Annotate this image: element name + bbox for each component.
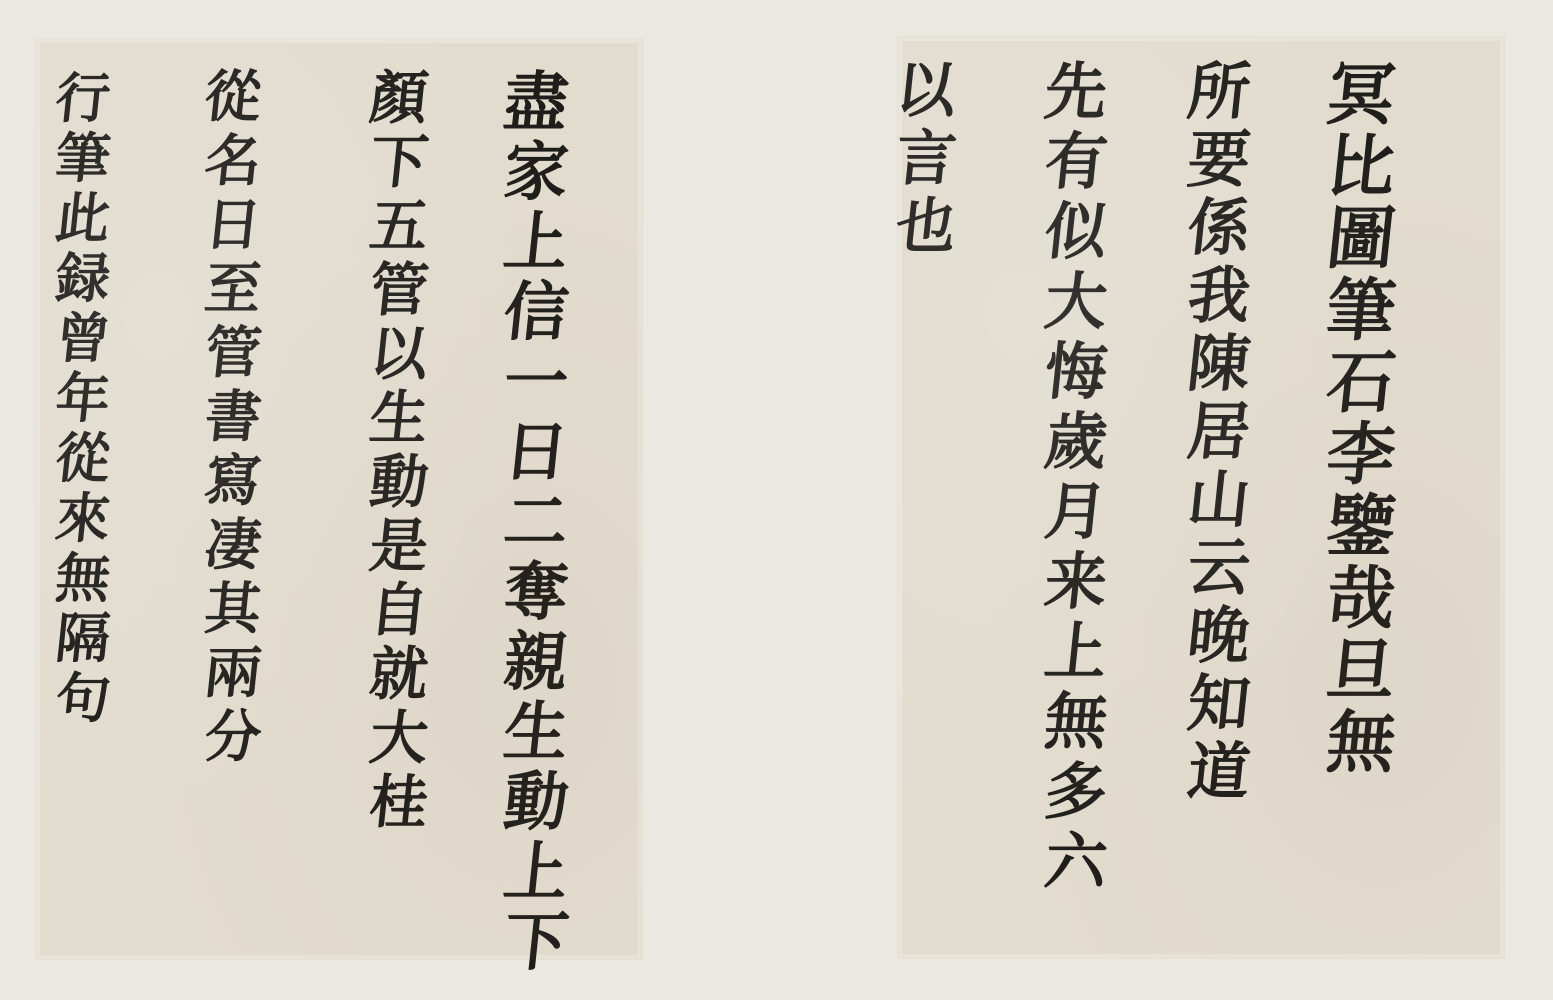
calligraphy-character: 係 [1185, 197, 1254, 259]
calligraphy-character: 要 [1185, 129, 1254, 191]
calligraphy-character: 似 [1042, 201, 1111, 263]
calligraphy-character: 此 [53, 191, 113, 245]
calligraphy-character: 來 [53, 491, 113, 545]
calligraphy-character: 圖 [1323, 205, 1398, 273]
calligraphy-character: 日 [202, 197, 264, 253]
calligraphy-character: 鑒 [1323, 493, 1398, 561]
calligraphy-column: 先有似大悔歲月来上無多六 [1045, 61, 1107, 901]
calligraphy-character: 年 [53, 371, 113, 425]
calligraphy-character: 言 [893, 129, 959, 189]
calligraphy-character: 以 [893, 61, 959, 121]
calligraphy-character: 顏 [367, 69, 431, 127]
calligraphy-character: 生 [501, 701, 572, 765]
calligraphy-character: 自 [367, 581, 431, 639]
calligraphy-character: 比 [1323, 133, 1398, 201]
calligraphy-character: 居 [1185, 401, 1254, 463]
calligraphy-character: 行 [53, 71, 113, 125]
calligraphy-column: 以言也 [896, 61, 956, 265]
calligraphy-character: 日 [501, 421, 572, 485]
calligraphy-character: 曾 [53, 311, 113, 365]
calligraphy-character: 無 [1323, 709, 1398, 777]
calligraphy-character: 凄 [202, 517, 264, 573]
calligraphy-character: 書 [202, 389, 264, 445]
calligraphy-character: 親 [501, 631, 572, 695]
calligraphy-character: 名 [202, 133, 264, 189]
calligraphy-character: 道 [1185, 741, 1254, 803]
calligraphy-leaf-right: 冥比圖筆石李鑒哉旦無所要係我陳居山云晚知道先有似大悔歲月来上無多六以言也 [897, 36, 1505, 959]
calligraphy-character: 五 [367, 197, 431, 255]
calligraphy-character: 下 [367, 133, 431, 191]
calligraphy-character: 知 [1185, 673, 1254, 735]
calligraphy-character: 奪 [501, 561, 572, 625]
calligraphy-character: 隔 [53, 611, 113, 665]
calligraphy-character: 以 [367, 325, 431, 383]
calligraphy-column: 從名日至管書寫凄其兩分 [205, 69, 261, 773]
calligraphy-character: 句 [53, 671, 113, 725]
calligraphy-character: 六 [1042, 831, 1111, 893]
calligraphy-character: 信 [501, 281, 572, 345]
calligraphy-column: 顏下五管以生動是自就大桂 [370, 69, 428, 837]
calligraphy-character: 大 [367, 709, 431, 767]
calligraphy-character: 山 [1185, 469, 1254, 531]
calligraphy-character: 至 [202, 261, 264, 317]
calligraphy-character: 管 [202, 325, 264, 381]
calligraphy-column: 冥比圖筆石李鑒哉旦無 [1327, 61, 1395, 781]
calligraphy-character: 晚 [1185, 605, 1254, 667]
calligraphy-character: 是 [367, 517, 431, 575]
calligraphy-character: 我 [1185, 265, 1254, 327]
calligraphy-character: 上 [1042, 621, 1111, 683]
calligraphy-character: 上 [501, 211, 572, 275]
calligraphy-character: 石 [1323, 349, 1398, 417]
calligraphy-character: 從 [202, 69, 264, 125]
calligraphy-character: 二 [501, 491, 572, 555]
calligraphy-character: 無 [53, 551, 113, 605]
calligraphy-character: 就 [367, 645, 431, 703]
calligraphy-character: 旦 [1323, 637, 1398, 705]
calligraphy-character: 録 [53, 251, 113, 305]
calligraphy-character: 寫 [202, 453, 264, 509]
calligraphy-character: 先 [1042, 61, 1111, 123]
calligraphy-column: 所要係我陳居山云晚知道 [1188, 61, 1250, 809]
calligraphy-character: 陳 [1185, 333, 1254, 395]
calligraphy-column: 盡家上信一日二奪親生動上下 [504, 71, 568, 981]
calligraphy-character: 李 [1323, 421, 1398, 489]
calligraphy-character: 上 [501, 841, 572, 905]
calligraphy-character: 筆 [1323, 277, 1398, 345]
calligraphy-character: 云 [1185, 537, 1254, 599]
calligraphy-character: 兩 [202, 645, 264, 701]
calligraphy-character: 管 [367, 261, 431, 319]
calligraphy-character: 從 [53, 431, 113, 485]
calligraphy-character: 筆 [53, 131, 113, 185]
calligraphy-character: 家 [501, 141, 572, 205]
calligraphy-character: 動 [501, 771, 572, 835]
calligraphy-character: 也 [893, 197, 959, 257]
calligraphy-character: 歲 [1042, 411, 1111, 473]
calligraphy-character: 下 [501, 911, 572, 975]
calligraphy-character: 桂 [367, 773, 431, 831]
calligraphy-character: 盡 [501, 71, 572, 135]
calligraphy-character: 悔 [1042, 341, 1111, 403]
calligraphy-character: 分 [202, 709, 264, 765]
calligraphy-character: 其 [202, 581, 264, 637]
calligraphy-column: 行筆此録曾年從來無隔句 [56, 71, 110, 731]
calligraphy-character: 来 [1042, 551, 1111, 613]
calligraphy-leaf-left: 盡家上信一日二奪親生動上下顏下五管以生動是自就大桂從名日至管書寫凄其兩分行筆此録… [35, 38, 643, 960]
calligraphy-character: 動 [367, 453, 431, 511]
calligraphy-character: 生 [367, 389, 431, 447]
calligraphy-character: 冥 [1323, 61, 1398, 129]
calligraphy-character: 無 [1042, 691, 1111, 753]
calligraphy-character: 有 [1042, 131, 1111, 193]
calligraphy-character: 多 [1042, 761, 1111, 823]
calligraphy-character: 一 [501, 351, 572, 415]
calligraphy-character: 月 [1042, 481, 1111, 543]
calligraphy-character: 大 [1042, 271, 1111, 333]
calligraphy-character: 哉 [1323, 565, 1398, 633]
calligraphy-character: 所 [1185, 61, 1254, 123]
